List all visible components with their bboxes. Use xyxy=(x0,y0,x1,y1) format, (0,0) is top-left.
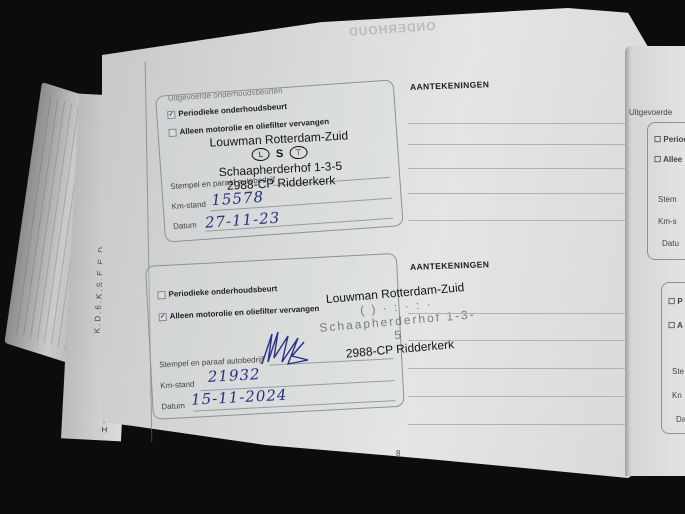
checkbox-checked-icon: ✓ xyxy=(158,312,166,320)
km-label: Km-stand xyxy=(171,200,206,211)
toyota-logo-icon: ⊤ xyxy=(289,146,308,160)
next-page: Uitgevoerde ☐ Period ☐ Allee Stem Km-s D… xyxy=(625,46,685,476)
option-oil-only: ✓ Alleen motorolie en oliefilter vervang… xyxy=(158,304,319,321)
checkbox-checked-icon: ✓ xyxy=(167,110,176,119)
km-value: 21932 xyxy=(207,365,261,386)
date-label: Datum xyxy=(161,401,185,411)
dealer-stamp-2: Louwman Rotterdam-Zuid ( ) · : · : · Sch… xyxy=(312,279,482,363)
suzuki-logo-icon: S xyxy=(276,147,284,161)
signature-icon xyxy=(258,328,314,368)
date-value: 27-11-23 xyxy=(204,209,280,232)
checkbox-icon xyxy=(168,128,177,137)
checkbox-icon xyxy=(157,290,165,298)
km-label: Km-stand xyxy=(160,380,195,391)
option-periodic: ✓ Periodieke onderhoudsbeurt xyxy=(167,102,287,119)
page-number: 8 xyxy=(396,449,400,458)
option-periodic: Periodieke onderhoudsbeurt xyxy=(157,284,277,299)
next-page-card-2: ☐ P ☐ A Ste Kn Da xyxy=(661,282,685,434)
next-page-card-1: ☐ Period ☐ Allee Stem Km-s Datu xyxy=(647,122,685,260)
lexus-logo-icon: L xyxy=(252,148,271,162)
dealer-stamp-1: Louwman Rotterdam-Zuid L S ⊤ Schaapherde… xyxy=(204,128,357,194)
photo-scene: K.D.6.K.S.E.E.D W t o H ONDERHOUD Uitgev… xyxy=(0,0,685,514)
date-value: 15-11-2024 xyxy=(191,386,288,409)
date-label: Datum xyxy=(173,220,197,231)
